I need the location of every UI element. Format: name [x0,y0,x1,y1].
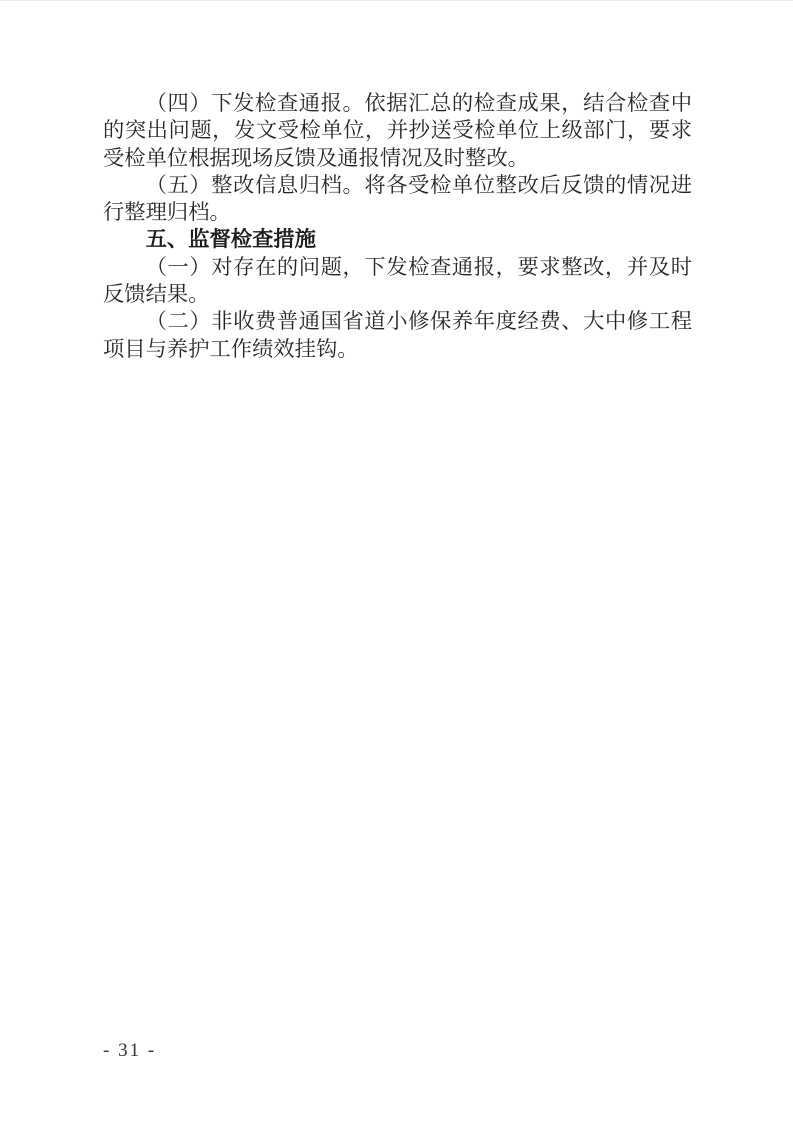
paragraph-item-four: （四）下发检查通报。依据汇总的检查成果，结合检查中的突出问题，发文受检单位，并抄… [103,90,692,172]
paragraph-measure-one: （一）对存在的问题，下发检查通报，要求整改，并及时反馈结果。 [103,254,692,309]
page-number: - 31 - [103,1040,156,1062]
paragraph-measure-two: （二）非收费普通国省道小修保养年度经费、大中修工程项目与养护工作绩效挂钩。 [103,308,692,363]
paragraph-item-five: （五）整改信息归档。将各受检单位整改后反馈的情况进行整理归档。 [103,172,692,227]
document-page: { "page": { "number": "- 31 -" }, "docum… [0,0,793,1122]
document-body: （四）下发检查通报。依据汇总的检查成果，结合检查中的突出问题，发文受检单位，并抄… [103,90,692,363]
section-heading-supervision-measures: 五、监督检查措施 [103,226,692,253]
